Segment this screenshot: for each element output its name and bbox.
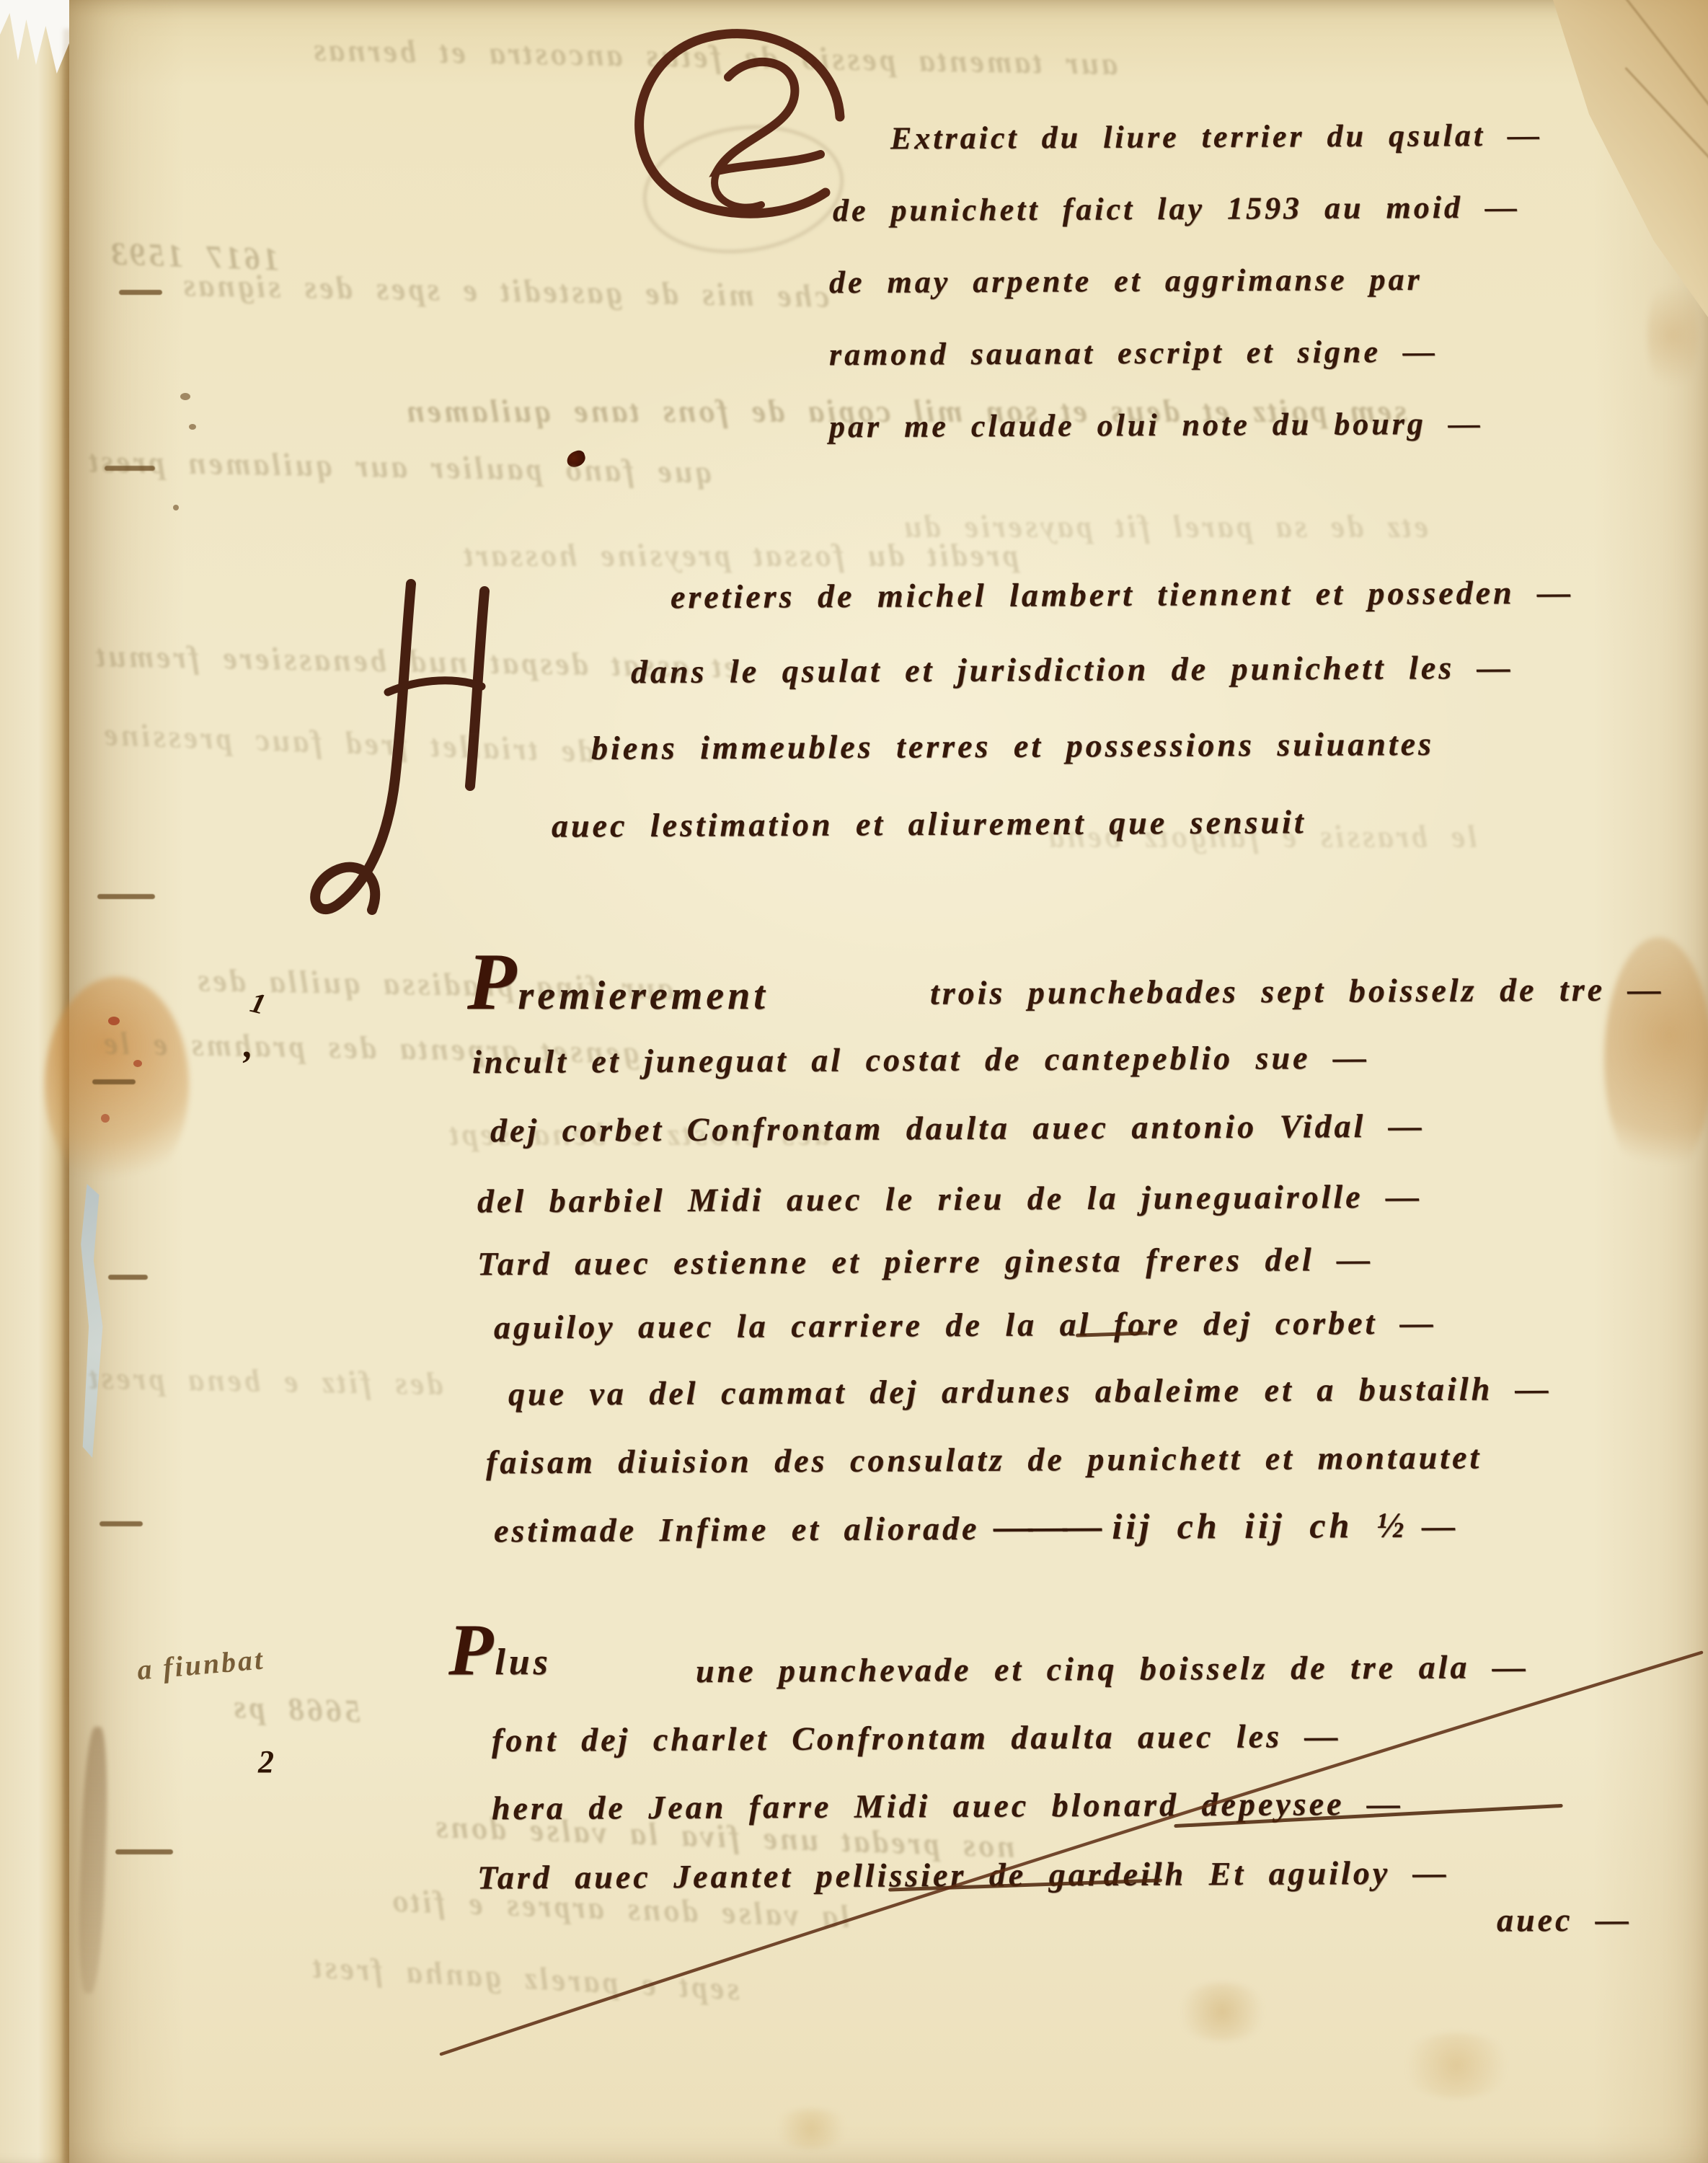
bleed-through-line: etz de sa parel fit payserie du bbox=[901, 508, 1428, 545]
bleed-through-line: 5668 ps bbox=[230, 1689, 361, 1730]
header-line: par me claude olui note du bourg — bbox=[829, 408, 1483, 443]
body-line: dans le qsulat et jurisdiction de punich… bbox=[631, 651, 1513, 689]
body-line: auec lestimation et aliurement que sensu… bbox=[552, 805, 1306, 842]
estimate-amount-dash: — bbox=[1422, 1509, 1458, 1542]
rust-stain bbox=[45, 977, 189, 1193]
body-line: aguiloy auec la carriere de la al fore d… bbox=[494, 1306, 1436, 1345]
debris-speck bbox=[173, 505, 179, 510]
header-line: de punichett faict lay 1593 au moid — bbox=[833, 192, 1520, 227]
body-line: eretiers de michel lambert tiennent et p… bbox=[671, 576, 1573, 614]
estimate-dash: ——— bbox=[994, 1506, 1097, 1546]
ink-tick bbox=[105, 466, 155, 471]
foxing-spot bbox=[1399, 2033, 1514, 2098]
ink-tick bbox=[119, 290, 162, 295]
body-line: faisam diuision des consulatz de puniche… bbox=[486, 1441, 1482, 1479]
stain-spot bbox=[101, 1114, 110, 1123]
body-line: incult et juneguat al costat de cantepeb… bbox=[472, 1041, 1369, 1079]
header-line: de may arpente et aggrimanse par bbox=[829, 264, 1422, 298]
ink-tick bbox=[99, 1521, 143, 1526]
ink-tick bbox=[97, 894, 155, 899]
estimate-amount: iij ch iij ch ½ bbox=[1112, 1507, 1407, 1544]
body-line: biens immeubles terres et possessions su… bbox=[591, 727, 1434, 765]
stain-spot bbox=[108, 1017, 120, 1025]
ink-tick bbox=[92, 1079, 136, 1084]
body-line: del barbiel Midi auec le rieu de la june… bbox=[477, 1180, 1422, 1218]
body-line: Tard auec estienne et pierre ginesta fre… bbox=[477, 1243, 1373, 1281]
foxing-spot bbox=[771, 2109, 851, 2149]
body-line: une punchevade et cinq boisselz de tre a… bbox=[696, 1650, 1528, 1688]
debris-speck bbox=[189, 424, 196, 430]
lead-word: remierement bbox=[518, 973, 768, 1018]
edge-stain bbox=[1647, 274, 1698, 397]
continuation-word: auec — bbox=[1497, 1903, 1632, 1937]
body-line: que va del cammat dej ardunes abaleime e… bbox=[508, 1372, 1552, 1411]
margin-number: 2 bbox=[258, 1743, 274, 1780]
lead-initial: P bbox=[467, 937, 518, 1027]
bleed-through-line: des fitz e bena prest bbox=[87, 1360, 443, 1403]
estimate-text: estimade Infime et aliorade bbox=[494, 1512, 980, 1548]
header-line: Extraict du liure terrier du qsulat — bbox=[890, 120, 1542, 155]
manuscript-scan: aur tamenta pessio de fetus ancostra et … bbox=[0, 0, 1708, 2163]
lead-word: lus bbox=[495, 1642, 552, 1683]
body-line: font dej charlet Confrontam daulta auec … bbox=[492, 1720, 1341, 1757]
ink-tick bbox=[115, 1849, 173, 1854]
body-line: trois punchebades sept boisselz de tre — bbox=[930, 973, 1664, 1009]
foxing-spot bbox=[1175, 1983, 1269, 2040]
paragraph-lead: Premierement bbox=[467, 950, 769, 1019]
ink-tick bbox=[108, 1275, 148, 1280]
lead-initial: P bbox=[448, 1609, 495, 1691]
paragraph-lead: Plus bbox=[448, 1621, 552, 1684]
body-line: dej corbet Confrontam daulta auec antoni… bbox=[490, 1110, 1425, 1148]
margin-comma-mark: , bbox=[244, 1024, 253, 1066]
debris-speck bbox=[180, 393, 190, 400]
header-line: ramond sauanat escript et signe — bbox=[829, 336, 1438, 371]
estimate-line: estimade Infime et aliorade ——— iij ch i… bbox=[494, 1504, 1459, 1548]
